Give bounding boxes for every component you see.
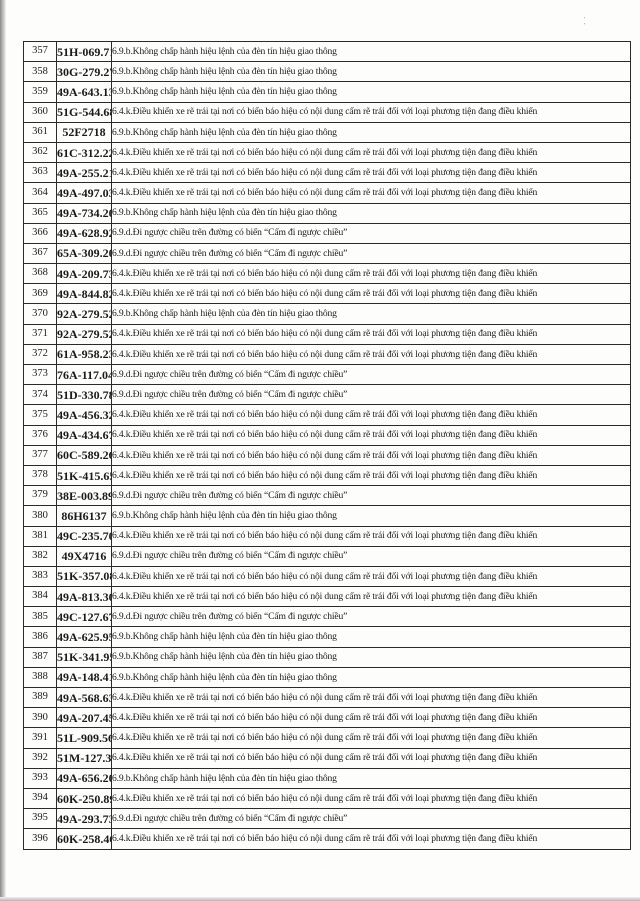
table-row: 367 65A-309.20 6.9.d.Đi ngược chiều trên… bbox=[24, 243, 631, 263]
table-row: 392 51M-127.31 6.4.k.Điều khiển xe rẽ tr… bbox=[24, 748, 631, 768]
license-plate: 61A-958.23 bbox=[57, 344, 112, 364]
violation-description: 6.4.k.Điều khiển xe rẽ trái tại nơi có b… bbox=[112, 748, 631, 768]
table-row: 357 51H-069.71 6.9.b.Không chấp hành hiệ… bbox=[24, 42, 631, 62]
table-row: 379 38E-003.89 6.9.d.Đi ngược chiều trên… bbox=[24, 486, 631, 506]
row-number: 389 bbox=[24, 688, 57, 708]
scan-edge-bottom bbox=[0, 897, 640, 901]
violation-description: 6.9.d.Đi ngược chiều trên đường có biển … bbox=[112, 486, 631, 506]
license-plate: 92A-279.52 bbox=[57, 324, 112, 344]
violation-description: 6.4.k.Điều khiển xe rẽ trái tại nơi có b… bbox=[112, 102, 631, 122]
row-number: 363 bbox=[24, 163, 57, 183]
row-number: 367 bbox=[24, 243, 57, 263]
page-marks: ' ' bbox=[584, 17, 640, 29]
violation-description: 6.9.b.Không chấp hành hiệu lệnh của đèn … bbox=[112, 768, 631, 788]
license-plate: 51D-330.78 bbox=[57, 385, 112, 405]
row-number: 372 bbox=[24, 344, 57, 364]
license-plate: 49A-844.82 bbox=[57, 284, 112, 304]
violation-description: 6.9.b.Không chấp hành hiệu lệnh của đèn … bbox=[112, 647, 631, 667]
row-number: 395 bbox=[24, 809, 57, 829]
license-plate: 49A-209.73 bbox=[57, 264, 112, 284]
table-row: 359 49A-643.13 6.9.b.Không chấp hành hiệ… bbox=[24, 82, 631, 102]
violation-description: 6.4.k.Điều khiển xe rẽ trái tại nơi có b… bbox=[112, 728, 631, 748]
violation-description: 6.9.b.Không chấp hành hiệu lệnh của đèn … bbox=[112, 82, 631, 102]
row-number: 378 bbox=[24, 465, 57, 485]
row-number: 384 bbox=[24, 587, 57, 607]
row-number: 385 bbox=[24, 607, 57, 627]
violation-description: 6.9.b.Không chấp hành hiệu lệnh của đèn … bbox=[112, 203, 631, 223]
license-plate: 76A-117.04 bbox=[57, 365, 112, 385]
row-number: 376 bbox=[24, 425, 57, 445]
license-plate: 51H-069.71 bbox=[57, 42, 112, 62]
table-row: 362 61C-312.22 6.4.k.Điều khiển xe rẽ tr… bbox=[24, 142, 631, 162]
table-row: 364 49A-497.03 6.4.k.Điều khiển xe rẽ tr… bbox=[24, 183, 631, 203]
table-row: 365 49A-734.20 6.9.b.Không chấp hành hiệ… bbox=[24, 203, 631, 223]
license-plate: 92A-279.52 bbox=[57, 304, 112, 324]
license-plate: 86H6137 bbox=[57, 506, 112, 526]
violation-description: 6.9.d.Đi ngược chiều trên đường có biển … bbox=[112, 365, 631, 385]
row-number: 390 bbox=[24, 708, 57, 728]
table-row: 385 49C-127.67 6.9.d.Đi ngược chiều trên… bbox=[24, 607, 631, 627]
license-plate: 38E-003.89 bbox=[57, 486, 112, 506]
table-row: 360 51G-544.68 6.4.k.Điều khiển xe rẽ tr… bbox=[24, 102, 631, 122]
violation-description: 6.4.k.Điều khiển xe rẽ trái tại nơi có b… bbox=[112, 708, 631, 728]
license-plate: 49A-456.32 bbox=[57, 405, 112, 425]
table-row: 381 49C-235.70 6.4.k.Điều khiển xe rẽ tr… bbox=[24, 526, 631, 546]
row-number: 393 bbox=[24, 768, 57, 788]
table-row: 384 49A-813.30 6.4.k.Điều khiển xe rẽ tr… bbox=[24, 587, 631, 607]
violation-description: 6.9.d.Đi ngược chiều trên đường có biển … bbox=[112, 243, 631, 263]
license-plate: 49A-207.45 bbox=[57, 708, 112, 728]
row-number: 388 bbox=[24, 667, 57, 687]
table-row: 358 30G-279.27 6.9.b.Không chấp hành hiệ… bbox=[24, 62, 631, 82]
violation-description: 6.9.b.Không chấp hành hiệu lệnh của đèn … bbox=[112, 667, 631, 687]
license-plate: 49A-734.20 bbox=[57, 203, 112, 223]
license-plate: 49C-235.70 bbox=[57, 526, 112, 546]
scan-edge-left bbox=[0, 0, 6, 901]
table-row: 378 51K-415.65 6.4.k.Điều khiển xe rẽ tr… bbox=[24, 465, 631, 485]
license-plate: 49C-127.67 bbox=[57, 607, 112, 627]
violation-description: 6.9.b.Không chấp hành hiệu lệnh của đèn … bbox=[112, 506, 631, 526]
row-number: 359 bbox=[24, 82, 57, 102]
license-plate: 49A-434.67 bbox=[57, 425, 112, 445]
table-row: 382 49X4716 6.9.d.Đi ngược chiều trên đư… bbox=[24, 546, 631, 566]
violation-description: 6.4.k.Điều khiển xe rẽ trái tại nơi có b… bbox=[112, 526, 631, 546]
license-plate: 49A-255.21 bbox=[57, 163, 112, 183]
violation-description: 6.9.b.Không chấp hành hiệu lệnh của đèn … bbox=[112, 304, 631, 324]
row-number: 373 bbox=[24, 365, 57, 385]
violation-description: 6.4.k.Điều khiển xe rẽ trái tại nơi có b… bbox=[112, 344, 631, 364]
row-number: 362 bbox=[24, 142, 57, 162]
violation-description: 6.9.d.Đi ngược chiều trên đường có biển … bbox=[112, 385, 631, 405]
table-row: 395 49A-293.73 6.9.d.Đi ngược chiều trên… bbox=[24, 809, 631, 829]
license-plate: 49A-148.41 bbox=[57, 667, 112, 687]
row-number: 368 bbox=[24, 264, 57, 284]
violation-description: 6.4.k.Điều khiển xe rẽ trái tại nơi có b… bbox=[112, 264, 631, 284]
row-number: 379 bbox=[24, 486, 57, 506]
violation-description: 6.9.d.Đi ngược chiều trên đường có biển … bbox=[112, 607, 631, 627]
license-plate: 49A-293.73 bbox=[57, 809, 112, 829]
row-number: 383 bbox=[24, 566, 57, 586]
row-number: 380 bbox=[24, 506, 57, 526]
violation-description: 6.4.k.Điều khiển xe rẽ trái tại nơi có b… bbox=[112, 829, 631, 849]
row-number: 377 bbox=[24, 445, 57, 465]
table-row: 371 92A-279.52 6.4.k.Điều khiển xe rẽ tr… bbox=[24, 324, 631, 344]
row-number: 375 bbox=[24, 405, 57, 425]
license-plate: 49A-568.63 bbox=[57, 688, 112, 708]
row-number: 358 bbox=[24, 62, 57, 82]
row-number: 394 bbox=[24, 788, 57, 808]
license-plate: 49A-497.03 bbox=[57, 183, 112, 203]
row-number: 366 bbox=[24, 223, 57, 243]
violation-description: 6.4.k.Điều khiển xe rẽ trái tại nơi có b… bbox=[112, 284, 631, 304]
violation-description: 6.4.k.Điều khiển xe rẽ trái tại nơi có b… bbox=[112, 324, 631, 344]
violation-description: 6.4.k.Điều khiển xe rẽ trái tại nơi có b… bbox=[112, 788, 631, 808]
row-number: 365 bbox=[24, 203, 57, 223]
license-plate: 49A-628.92 bbox=[57, 223, 112, 243]
violation-description: 6.9.d.Đi ngược chiều trên đường có biển … bbox=[112, 546, 631, 566]
license-plate: 60K-250.89 bbox=[57, 788, 112, 808]
row-number: 392 bbox=[24, 748, 57, 768]
license-plate: 30G-279.27 bbox=[57, 62, 112, 82]
violation-description: 6.9.b.Không chấp hành hiệu lệnh của đèn … bbox=[112, 62, 631, 82]
license-plate: 51K-341.95 bbox=[57, 647, 112, 667]
license-plate: 51G-544.68 bbox=[57, 102, 112, 122]
license-plate: 49A-643.13 bbox=[57, 82, 112, 102]
license-plate: 51L-909.56 bbox=[57, 728, 112, 748]
row-number: 391 bbox=[24, 728, 57, 748]
row-number: 382 bbox=[24, 546, 57, 566]
row-number: 364 bbox=[24, 183, 57, 203]
violation-description: 6.4.k.Điều khiển xe rẽ trái tại nơi có b… bbox=[112, 183, 631, 203]
row-number: 374 bbox=[24, 385, 57, 405]
license-plate: 49A-656.20 bbox=[57, 768, 112, 788]
violation-description: 6.4.k.Điều khiển xe rẽ trái tại nơi có b… bbox=[112, 688, 631, 708]
violation-description: 6.9.b.Không chấp hành hiệu lệnh của đèn … bbox=[112, 627, 631, 647]
license-plate: 49X4716 bbox=[57, 546, 112, 566]
row-number: 387 bbox=[24, 647, 57, 667]
license-plate: 60C-589.26 bbox=[57, 445, 112, 465]
license-plate: 49A-813.30 bbox=[57, 587, 112, 607]
table-row: 369 49A-844.82 6.4.k.Điều khiển xe rẽ tr… bbox=[24, 284, 631, 304]
violation-description: 6.4.k.Điều khiển xe rẽ trái tại nơi có b… bbox=[112, 425, 631, 445]
table-row: 388 49A-148.41 6.9.b.Không chấp hành hiệ… bbox=[24, 667, 631, 687]
table-row: 391 51L-909.56 6.4.k.Điều khiển xe rẽ tr… bbox=[24, 728, 631, 748]
violation-description: 6.4.k.Điều khiển xe rẽ trái tại nơi có b… bbox=[112, 405, 631, 425]
license-plate: 52F2718 bbox=[57, 122, 112, 142]
table-row: 394 60K-250.89 6.4.k.Điều khiển xe rẽ tr… bbox=[24, 788, 631, 808]
violation-description: 6.4.k.Điều khiển xe rẽ trái tại nơi có b… bbox=[112, 566, 631, 586]
table-row: 363 49A-255.21 6.4.k.Điều khiển xe rẽ tr… bbox=[24, 163, 631, 183]
table-row: 368 49A-209.73 6.4.k.Điều khiển xe rẽ tr… bbox=[24, 264, 631, 284]
table-row: 387 51K-341.95 6.9.b.Không chấp hành hiệ… bbox=[24, 647, 631, 667]
table-row: 370 92A-279.52 6.9.b.Không chấp hành hiệ… bbox=[24, 304, 631, 324]
violation-description: 6.9.b.Không chấp hành hiệu lệnh của đèn … bbox=[112, 122, 631, 142]
row-number: 396 bbox=[24, 829, 57, 849]
table-row: 389 49A-568.63 6.4.k.Điều khiển xe rẽ tr… bbox=[24, 688, 631, 708]
table-row: 373 76A-117.04 6.9.d.Đi ngược chiều trên… bbox=[24, 365, 631, 385]
violations-table: 357 51H-069.71 6.9.b.Không chấp hành hiệ… bbox=[23, 41, 631, 850]
row-number: 361 bbox=[24, 122, 57, 142]
row-number: 381 bbox=[24, 526, 57, 546]
row-number: 357 bbox=[24, 42, 57, 62]
table-row: 374 51D-330.78 6.9.d.Đi ngược chiều trên… bbox=[24, 385, 631, 405]
table-row: 372 61A-958.23 6.4.k.Điều khiển xe rẽ tr… bbox=[24, 344, 631, 364]
table-row: 375 49A-456.32 6.4.k.Điều khiển xe rẽ tr… bbox=[24, 405, 631, 425]
table-row: 376 49A-434.67 6.4.k.Điều khiển xe rẽ tr… bbox=[24, 425, 631, 445]
violation-description: 6.4.k.Điều khiển xe rẽ trái tại nơi có b… bbox=[112, 465, 631, 485]
table-row: 390 49A-207.45 6.4.k.Điều khiển xe rẽ tr… bbox=[24, 708, 631, 728]
row-number: 369 bbox=[24, 284, 57, 304]
license-plate: 51K-415.65 bbox=[57, 465, 112, 485]
table-row: 383 51K-357.08 6.4.k.Điều khiển xe rẽ tr… bbox=[24, 566, 631, 586]
violation-description: 6.9.d.Đi ngược chiều trên đường có biển … bbox=[112, 809, 631, 829]
violation-description: 6.4.k.Điều khiển xe rẽ trái tại nơi có b… bbox=[112, 163, 631, 183]
license-plate: 49A-625.95 bbox=[57, 627, 112, 647]
violations-table-body: 357 51H-069.71 6.9.b.Không chấp hành hiệ… bbox=[24, 42, 631, 850]
row-number: 386 bbox=[24, 627, 57, 647]
violation-description: 6.4.k.Điều khiển xe rẽ trái tại nơi có b… bbox=[112, 445, 631, 465]
table-row: 380 86H6137 6.9.b.Không chấp hành hiệu l… bbox=[24, 506, 631, 526]
row-number: 371 bbox=[24, 324, 57, 344]
license-plate: 51K-357.08 bbox=[57, 566, 112, 586]
table-row: 386 49A-625.95 6.9.b.Không chấp hành hiệ… bbox=[24, 627, 631, 647]
license-plate: 51M-127.31 bbox=[57, 748, 112, 768]
violation-description: 6.9.b.Không chấp hành hiệu lệnh của đèn … bbox=[112, 42, 631, 62]
table-row: 361 52F2718 6.9.b.Không chấp hành hiệu l… bbox=[24, 122, 631, 142]
license-plate: 61C-312.22 bbox=[57, 142, 112, 162]
table-row: 396 60K-258.46 6.4.k.Điều khiển xe rẽ tr… bbox=[24, 829, 631, 849]
license-plate: 60K-258.46 bbox=[57, 829, 112, 849]
row-number: 370 bbox=[24, 304, 57, 324]
table-row: 377 60C-589.26 6.4.k.Điều khiển xe rẽ tr… bbox=[24, 445, 631, 465]
violation-description: 6.9.d.Đi ngược chiều trên đường có biển … bbox=[112, 223, 631, 243]
table-row: 366 49A-628.92 6.9.d.Đi ngược chiều trên… bbox=[24, 223, 631, 243]
table-row: 393 49A-656.20 6.9.b.Không chấp hành hiệ… bbox=[24, 768, 631, 788]
violation-description: 6.4.k.Điều khiển xe rẽ trái tại nơi có b… bbox=[112, 587, 631, 607]
row-number: 360 bbox=[24, 102, 57, 122]
license-plate: 65A-309.20 bbox=[57, 243, 112, 263]
violation-description: 6.4.k.Điều khiển xe rẽ trái tại nơi có b… bbox=[112, 142, 631, 162]
